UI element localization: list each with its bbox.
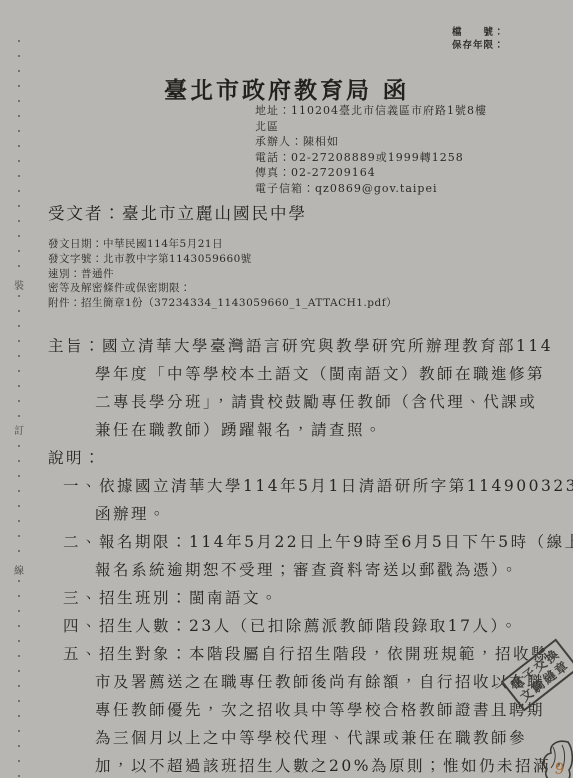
retention-period-label: 保存年限： xyxy=(452,40,505,53)
dispatch-speed: 速別：普通件 xyxy=(48,267,397,282)
explanation-item-line: 市及署薦送之在職專任教師後尚有餘額，自行招收以在職 xyxy=(48,668,550,696)
subject-line: 二專長學分班」，請貴校鼓勵專任教師（含代理、代課或 xyxy=(48,388,550,416)
dispatch-security: 密等及解密條件或保密期限： xyxy=(48,281,397,296)
binding-mark-ding: 訂 xyxy=(11,424,27,439)
dispatch-meta-block: 發文日期：中華民國114年5月21日 發文字號：北市教中字第1143059660… xyxy=(48,237,397,311)
agency-contact-block: 地址：110204臺北市信義區市府路1號8樓 北區 承辦人：陳相如 電話：02-… xyxy=(255,103,487,196)
explanation-label: 說明： xyxy=(48,444,550,472)
explanation-item-line: 三、招生班別：閩南語文。 xyxy=(48,584,550,612)
contact-phone: 電話：02-27208889或1999轉1258 xyxy=(255,150,487,166)
subject-line: 學年度「中等學校本土語文（閩南語文）教師在職進修第 xyxy=(48,360,550,388)
explanation-item-line: 為三個月以上之中等學校代理、代課或兼任在職教師參 xyxy=(48,724,550,752)
binding-mark-xian: 線 xyxy=(11,564,27,579)
explanation-item-line: 專任教師優先，次之招收具中等學校合格教師證書且聘期 xyxy=(48,696,550,724)
subject-line: 主旨：國立清華大學臺灣語言研究與教學研究所辦理教育部114 xyxy=(48,332,550,360)
binding-dotted-line xyxy=(18,40,20,778)
scanned-letter-page: { "doc": { "header": { "file_no_label": … xyxy=(0,0,573,778)
contact-address-line1: 地址：110204臺北市信義區市府路1號8樓 xyxy=(255,103,487,119)
dispatch-attachment: 附件：招生簡章1份（37234334_1143059660_1_ATTACH1.… xyxy=(48,296,397,311)
contact-email: 電子信箱：qz0869@gov.taipei xyxy=(255,181,487,197)
file-number-block: 檔 號： 保存年限： xyxy=(452,27,505,52)
explanation-item-line: 二、報名期限：114年5月22日上午9時至6月5日下午5時（線上 xyxy=(48,528,550,556)
explanation-item-line: 五、招生對象：本階段屬自行招生階段，依開班規範，招收縣 xyxy=(48,640,550,668)
contact-address-line2: 北區 xyxy=(255,119,487,135)
dispatch-date: 發文日期：中華民國114年5月21日 xyxy=(48,237,397,252)
explanation-item-line: 四、招生人數：23人（已扣除薦派教師階段錄取17人）。 xyxy=(48,612,550,640)
contact-fax: 傳真：02-27209164 xyxy=(255,165,487,181)
file-number-label: 檔 號： xyxy=(452,27,505,40)
page-title: 臺北市政府教育局 函 xyxy=(0,72,573,105)
subject-line: 兼任在職教師）踴躍報名，請查照。 xyxy=(48,416,550,444)
explanation-item-line: 加，以不超過該班招生人數之20%為原則；惟如仍未招滿， xyxy=(48,752,550,778)
seal-graphic: 9 xyxy=(540,740,573,778)
dispatch-number: 發文字號：北市教中字第1143059660號 xyxy=(48,252,397,267)
letter-body: 主旨：國立清華大學臺灣語言研究與教學研究所辦理教育部114 學年度「中等學校本土… xyxy=(48,332,550,778)
explanation-item-line: 函辦理。 xyxy=(48,500,550,528)
explanation-item-line: 一、依據國立清華大學114年5月1日清語研所字第1149003239號 xyxy=(48,472,550,500)
binding-mark-zhuang: 裝 xyxy=(11,279,27,294)
explanation-item-line: 報名系統逾期恕不受理；審查資料寄送以郵戳為憑）。 xyxy=(48,556,550,584)
recipient-line: 受文者：臺北市立麗山國民中學 xyxy=(48,200,307,224)
seal-digit: 9 xyxy=(553,759,565,778)
contact-person: 承辦人：陳相如 xyxy=(255,134,487,150)
